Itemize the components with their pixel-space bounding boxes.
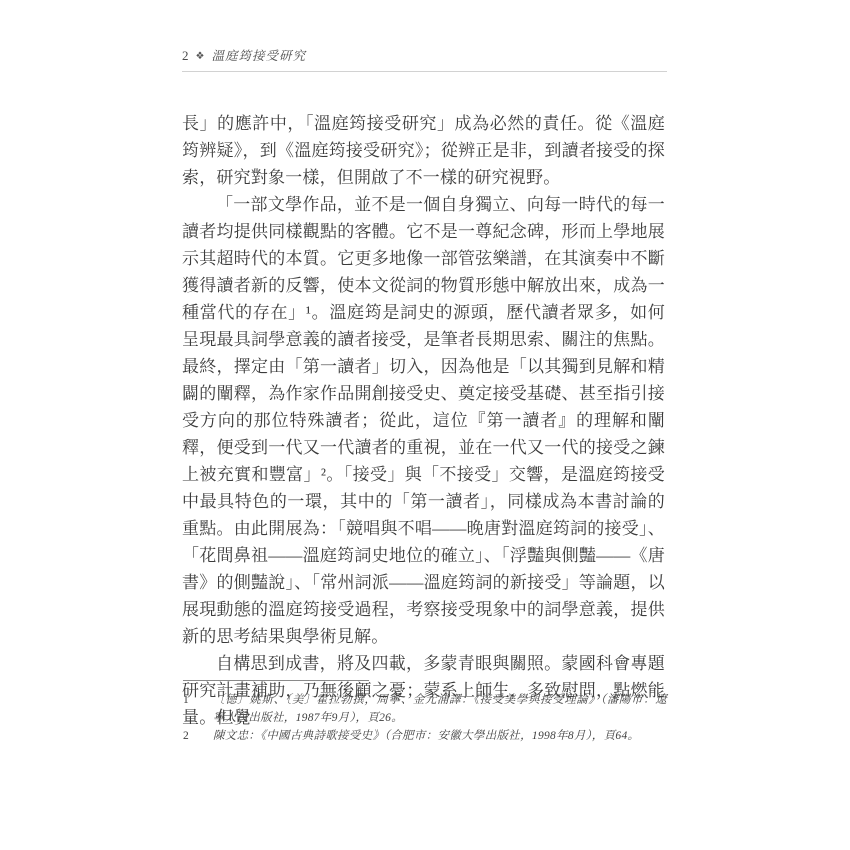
book-page: 2 ❖ 溫庭筠接受研究 長」的應許中，「溫庭筠接受研究」成為必然的責任。從《溫庭… [0, 0, 850, 850]
paragraph: 「一部文學作品，並不是一個自身獨立、向每一時代的每一讀者均提供同樣觀點的客體。它… [182, 191, 665, 650]
diamond-separator-icon: ❖ [196, 51, 206, 62]
footnote-list: 1〔德〕姚斯、〔美〕霍拉勃撰，周寧、金元浦譯：《接受美學與接受理論》（瀋陽市：遼… [183, 692, 667, 746]
footnote: 2陳文忠：《中國古典詩歌接受史》（合肥市：安徽大學出版社，1998年8月），頁6… [183, 728, 667, 746]
footnote-separator-rule [183, 680, 369, 681]
running-head: 2 ❖ 溫庭筠接受研究 [182, 46, 667, 72]
footnote: 1〔德〕姚斯、〔美〕霍拉勃撰，周寧、金元浦譯：《接受美學與接受理論》（瀋陽市：遼… [183, 692, 667, 727]
footnote-number: 2 [183, 728, 213, 746]
footnote-area: 1〔德〕姚斯、〔美〕霍拉勃撰，周寧、金元浦譯：《接受美學與接受理論》（瀋陽市：遼… [183, 680, 667, 747]
footnote-text: 〔德〕姚斯、〔美〕霍拉勃撰，周寧、金元浦譯：《接受美學與接受理論》（瀋陽市：遼寧… [213, 692, 667, 727]
paragraph: 長」的應許中，「溫庭筠接受研究」成為必然的責任。從《溫庭筠辨疑》，到《溫庭筠接受… [182, 110, 665, 191]
footnote-text: 陳文忠：《中國古典詩歌接受史》（合肥市：安徽大學出版社，1998年8月），頁64… [213, 728, 667, 746]
footnote-number: 1 [183, 692, 213, 727]
running-head-title: 溫庭筠接受研究 [211, 46, 306, 64]
page-number: 2 [182, 48, 190, 64]
main-text: 長」的應許中，「溫庭筠接受研究」成為必然的責任。從《溫庭筠辨疑》，到《溫庭筠接受… [182, 110, 665, 731]
